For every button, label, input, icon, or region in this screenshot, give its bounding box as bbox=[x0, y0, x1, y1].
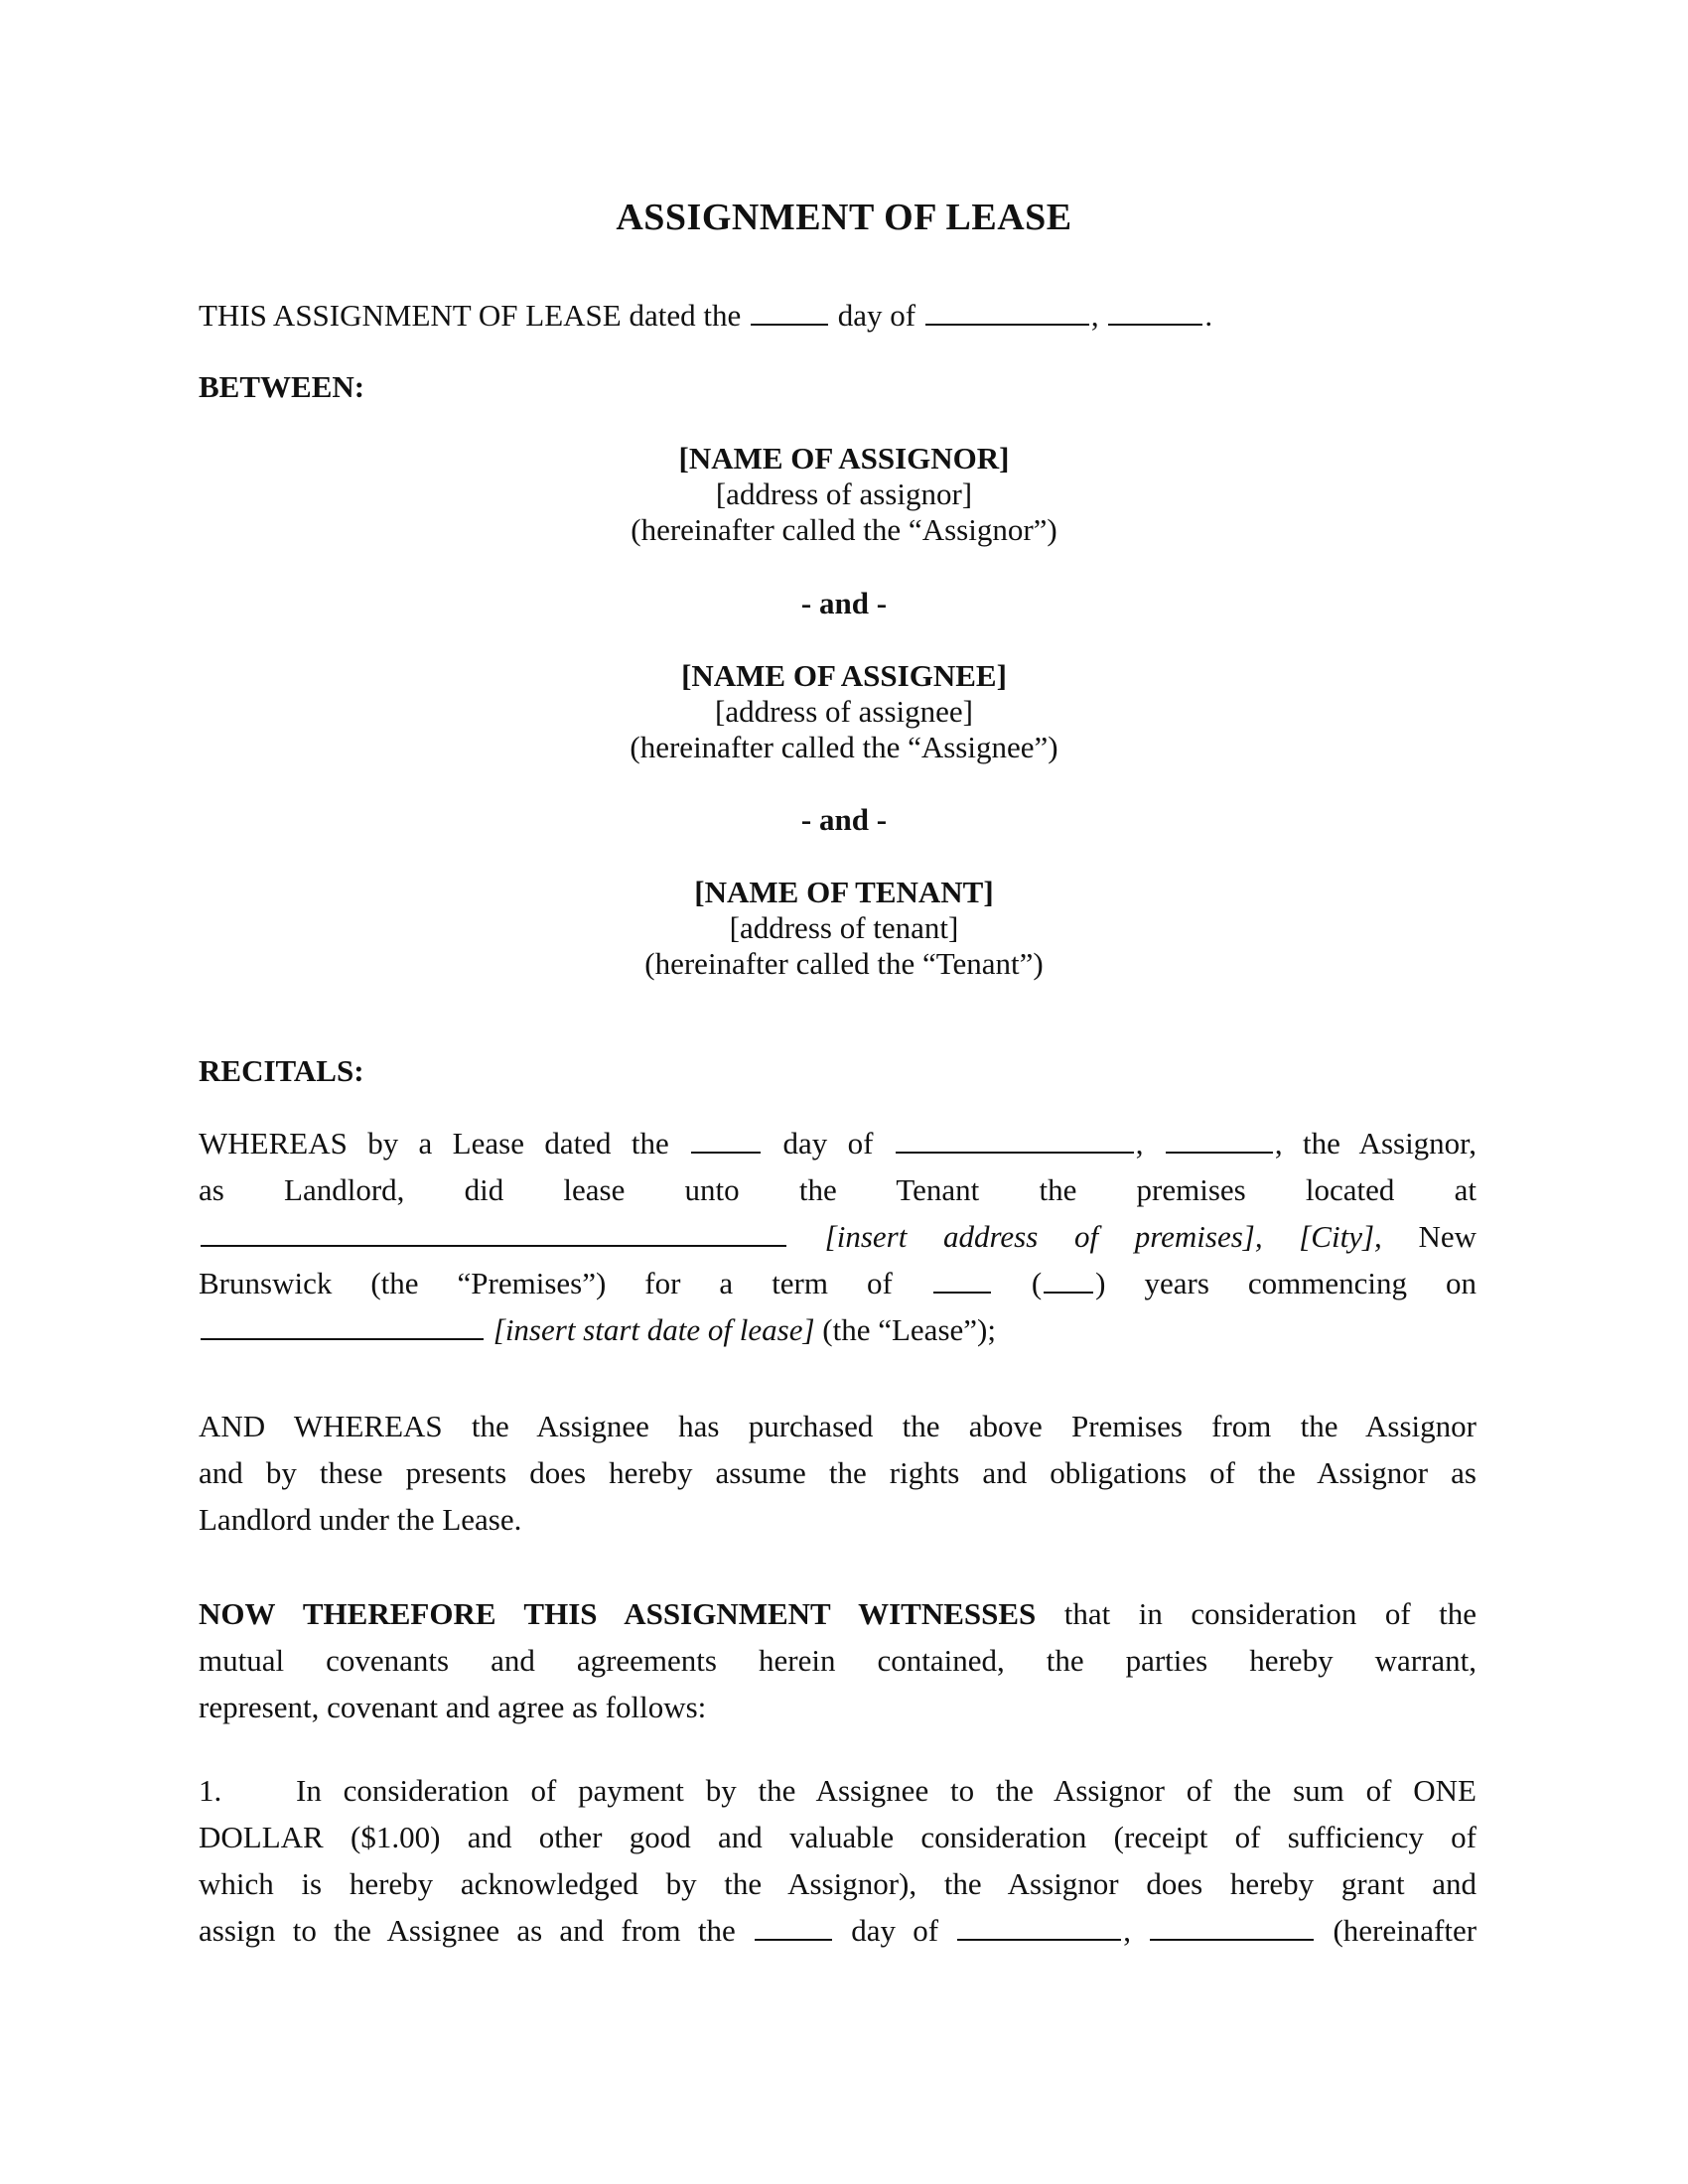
witnesses-bold: NOW THEREFORE THIS ASSIGNMENT WITNESSES bbox=[199, 1596, 1036, 1631]
text: day of bbox=[851, 1913, 938, 1948]
recital-1-line-2: as Landlord, did lease unto the Tenant t… bbox=[199, 1166, 1477, 1213]
party-name: [NAME OF ASSIGNEE] bbox=[0, 658, 1688, 694]
placeholder-text: [insert start date of lease] bbox=[493, 1312, 815, 1347]
term-number-blank[interactable] bbox=[1044, 1266, 1093, 1294]
text: (the “Lease”); bbox=[822, 1312, 996, 1347]
recital-1-line-4: Brunswick (the “Premises”) for a term of… bbox=[199, 1260, 1477, 1306]
assignment-month-blank[interactable] bbox=[957, 1913, 1121, 1941]
party-name: [NAME OF ASSIGNOR] bbox=[0, 441, 1688, 477]
text: WHEREAS by a Lease dated the bbox=[199, 1126, 669, 1160]
intro-text: THIS ASSIGNMENT OF LEASE dated the bbox=[199, 298, 741, 333]
party-name: [NAME OF TENANT] bbox=[0, 875, 1688, 910]
text: day of bbox=[782, 1126, 873, 1160]
intro-period: . bbox=[1204, 298, 1212, 333]
recital-2-line-2: and by these presents does hereby assume… bbox=[199, 1449, 1477, 1496]
party-assignee: [NAME OF ASSIGNEE] [address of assignee]… bbox=[0, 658, 1688, 765]
recitals-heading: RECITALS: bbox=[199, 1048, 1477, 1094]
and-separator: - and - bbox=[0, 586, 1688, 621]
party-tenant: [NAME OF TENANT] [address of tenant] (he… bbox=[0, 875, 1688, 982]
text: , bbox=[1123, 1913, 1131, 1948]
text: , the Assignor, bbox=[1275, 1126, 1477, 1160]
year-blank[interactable] bbox=[1108, 298, 1202, 326]
text: In consideration of payment by the Assig… bbox=[296, 1773, 1477, 1808]
party-definition: (hereinafter called the “Tenant”) bbox=[0, 946, 1688, 982]
clause-1-line-4: assign to the Assignee as and from the d… bbox=[199, 1907, 1477, 1954]
assignment-day-blank[interactable] bbox=[755, 1913, 832, 1941]
party-address: [address of tenant] bbox=[0, 910, 1688, 946]
assignment-year-blank[interactable] bbox=[1150, 1913, 1314, 1941]
lease-year-blank[interactable] bbox=[1166, 1126, 1273, 1154]
recital-1-line-5: [insert start date of lease] (the “Lease… bbox=[199, 1306, 1477, 1353]
and-separator: - and - bbox=[0, 802, 1688, 838]
text: New bbox=[1418, 1219, 1477, 1254]
witnesses-line-3: represent, covenant and agree as follows… bbox=[199, 1684, 1477, 1730]
day-blank[interactable] bbox=[751, 298, 828, 326]
recital-1-line-1: WHEREAS by a Lease dated the day of , , … bbox=[199, 1120, 1477, 1166]
witnesses-paragraph: NOW THEREFORE THIS ASSIGNMENT WITNESSES … bbox=[199, 1590, 1477, 1730]
party-definition: (hereinafter called the “Assignee”) bbox=[0, 730, 1688, 765]
text: (hereinafter bbox=[1333, 1913, 1477, 1948]
clause-1-line-2: DOLLAR ($1.00) and other good and valuab… bbox=[199, 1814, 1477, 1860]
text: that in consideration of the bbox=[1064, 1596, 1477, 1631]
recital-1-line-3: [insert address of premises], [City], Ne… bbox=[199, 1213, 1477, 1260]
between-heading: BETWEEN: bbox=[199, 364, 1477, 410]
clause-number: 1. bbox=[199, 1767, 296, 1814]
intro-day-of: day of bbox=[838, 298, 915, 333]
lease-month-blank[interactable] bbox=[896, 1126, 1134, 1154]
party-address: [address of assignor] bbox=[0, 477, 1688, 512]
placeholder-text: [insert address of premises], [City], bbox=[825, 1219, 1382, 1254]
term-words-blank[interactable] bbox=[933, 1266, 991, 1294]
recital-2-line-3: Landlord under the Lease. bbox=[199, 1496, 1477, 1543]
clause-1: 1.In consideration of payment by the Ass… bbox=[199, 1767, 1477, 1954]
text: , bbox=[1136, 1126, 1144, 1160]
month-blank[interactable] bbox=[925, 298, 1089, 326]
document-page: ASSIGNMENT OF LEASE THIS ASSIGNMENT OF L… bbox=[0, 0, 1688, 2184]
witnesses-line-2: mutual covenants and agreements herein c… bbox=[199, 1637, 1477, 1684]
recital-2-line-1: AND WHEREAS the Assignee has purchased t… bbox=[199, 1403, 1477, 1449]
clause-1-line-1: 1.In consideration of payment by the Ass… bbox=[199, 1767, 1477, 1814]
intro-comma: , bbox=[1091, 298, 1099, 333]
intro-line: THIS ASSIGNMENT OF LEASE dated the day o… bbox=[199, 293, 1477, 339]
text: Brunswick (the “Premises”) for a term of bbox=[199, 1266, 893, 1300]
text: ( bbox=[1032, 1266, 1042, 1300]
party-assignor: [NAME OF ASSIGNOR] [address of assignor]… bbox=[0, 441, 1688, 548]
premises-address-blank[interactable] bbox=[201, 1219, 786, 1247]
document-title: ASSIGNMENT OF LEASE bbox=[0, 195, 1688, 240]
witnesses-line-1: NOW THEREFORE THIS ASSIGNMENT WITNESSES … bbox=[199, 1590, 1477, 1637]
lease-day-blank[interactable] bbox=[691, 1126, 761, 1154]
party-address: [address of assignee] bbox=[0, 694, 1688, 730]
start-date-blank[interactable] bbox=[201, 1312, 484, 1340]
recital-2: AND WHEREAS the Assignee has purchased t… bbox=[199, 1403, 1477, 1543]
party-definition: (hereinafter called the “Assignor”) bbox=[0, 512, 1688, 548]
text: assign to the Assignee as and from the bbox=[199, 1913, 736, 1948]
clause-1-line-3: which is hereby acknowledged by the Assi… bbox=[199, 1860, 1477, 1907]
recital-1: WHEREAS by a Lease dated the day of , , … bbox=[199, 1120, 1477, 1353]
text: ) years commencing on bbox=[1095, 1266, 1477, 1300]
